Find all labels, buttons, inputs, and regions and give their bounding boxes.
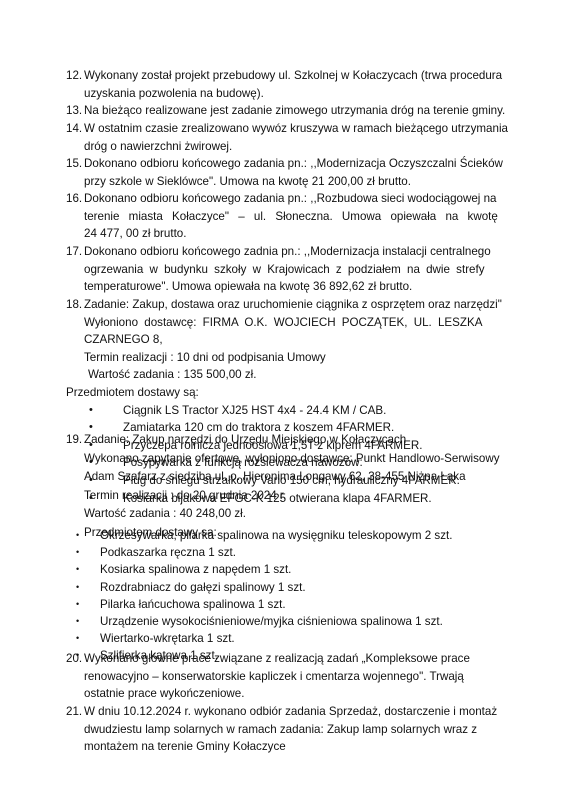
item-text: Dokonano odbioru końcowego zadania pn.: …	[84, 190, 504, 208]
list-item-19: 19. Zadanie: Zakup narzędzi do Urzędu Mi…	[66, 431, 526, 542]
item-number: 17.	[66, 243, 82, 261]
item-number: 21.	[66, 703, 82, 721]
item-number: 18.	[66, 296, 82, 314]
item-number: 20.	[66, 650, 82, 668]
value-text: Wartość zadania : 135 500,00 zł.	[84, 366, 504, 384]
supplier-text: Wyłoniono dostawcę: FIRMA O.K. WOJCIECH …	[84, 314, 504, 332]
item-number: 19.	[66, 431, 82, 449]
item-text: temperaturowe". Umowa opiewała na kwotę …	[84, 278, 504, 296]
item-text: Na bieżąco realizowane jest zadanie zimo…	[84, 102, 504, 120]
item-text: montażem na terenie Gminy Kołaczyce	[84, 738, 504, 756]
list-item: Rozdrabniacz do gałęzi spalinowy 1 szt.	[66, 579, 536, 596]
list-item-15: 15. Dokonano odbioru końcowego zadania p…	[66, 155, 504, 190]
task-title: Zadanie: Zakup, dostawa oraz uruchomieni…	[84, 296, 504, 314]
list-item: Ciągnik LS Tractor XJ25 HST 4x4 - 24.4 K…	[66, 402, 516, 420]
deadline-text: Termin realizacji : do 20 grudnia 2024 r…	[84, 487, 526, 506]
list-item: Urządzenie wysokociśnieniowe/myjka ciśni…	[66, 613, 536, 630]
item-number: 15.	[66, 155, 82, 173]
item-text: W ostatnim czasie zrealizowano wywóz kru…	[84, 120, 504, 138]
item-text: Dokonano odbioru końcowego zadnia pn.: ,…	[84, 243, 504, 261]
item-text: ogrzewania w budynku szkoły w Krajowicac…	[84, 261, 504, 279]
item-text: W dniu 10.12.2024 r. wykonano odbiór zad…	[84, 703, 504, 721]
list-item: Kosiarka spalinowa z napędem 1 szt.	[66, 561, 536, 578]
item-text: dróg o nawierzchni żwirowej.	[84, 138, 504, 156]
list-item: Wiertarko-wkrętarka 1 szt.	[66, 630, 536, 647]
item-text: 24 477, 00 zł brutto.	[84, 225, 504, 243]
list-item-16: 16. Dokonano odbioru końcowego zadania p…	[66, 190, 504, 243]
task-title: Zadanie: Zakup narzędzi do Urzędu Miejsk…	[84, 431, 526, 450]
list-item-14: 14. W ostatnim czasie zrealizowano wywóz…	[66, 120, 504, 155]
item-text: Wykonany został projekt przebudowy ul. S…	[84, 67, 504, 85]
list-item-20: 20. Wykonano główne prace związane z rea…	[66, 650, 504, 703]
item-text: Wykonano główne prace związane z realiza…	[84, 650, 504, 668]
item-text: dwudziestu lamp solarnych w ramach zadan…	[84, 721, 504, 739]
item-number: 12.	[66, 67, 82, 85]
supplier-text: Adam Szafarz z siedzibą ul. o. Hieronima…	[84, 468, 526, 487]
list-item-17: 17. Dokonano odbioru końcowego zadnia pn…	[66, 243, 504, 296]
list-item-21: 21. W dniu 10.12.2024 r. wykonano odbiór…	[66, 703, 504, 756]
supplier-text: Wykonano zapytanie ofertowe, wyłoniono d…	[84, 450, 526, 469]
list-item: Podkaszarka ręczna 1 szt.	[66, 544, 536, 561]
value-text: Wartość zadania : 40 248,00 zł.	[84, 505, 526, 524]
item-text: terenie miasta Kołaczyce" – ul. Słoneczn…	[84, 208, 504, 226]
item-number: 13.	[66, 102, 82, 120]
list-item: Pilarka łańcuchowa spalinowa 1 szt.	[66, 596, 536, 613]
list-item-12: 12. Wykonany został projekt przebudowy u…	[66, 67, 504, 102]
item-text: uzyskania pozwolenia na budowę).	[84, 85, 504, 103]
item-number: 14.	[66, 120, 82, 138]
item-text: ostatnie prace wykończeniowe.	[84, 685, 504, 703]
item-text: Dokonano odbioru końcowego zadania pn.: …	[84, 155, 504, 173]
item-number: 16.	[66, 190, 82, 208]
deadline-text: Termin realizacji : 10 dni od podpisania…	[84, 349, 504, 367]
list-item-18: 18. Zadanie: Zakup, dostawa oraz uruchom…	[66, 296, 504, 384]
item-text: przy szkole w Sieklówce". Umowa na kwotę…	[84, 173, 504, 191]
subject-label: Przedmiotem dostawy są:	[66, 384, 516, 402]
document-page: 12. Wykonany został projekt przebudowy u…	[0, 0, 565, 800]
list-item: Okrzesywarka, pilarka spalinowa na wysię…	[66, 527, 536, 544]
delivery-list-19: Okrzesywarka, pilarka spalinowa na wysię…	[66, 527, 536, 665]
list-item-13: 13. Na bieżąco realizowane jest zadanie …	[66, 102, 504, 120]
item-text: renowacyjno – konserwatorskie kapliczek …	[84, 668, 504, 686]
supplier-text: CZARNEGO 8,	[84, 331, 504, 349]
